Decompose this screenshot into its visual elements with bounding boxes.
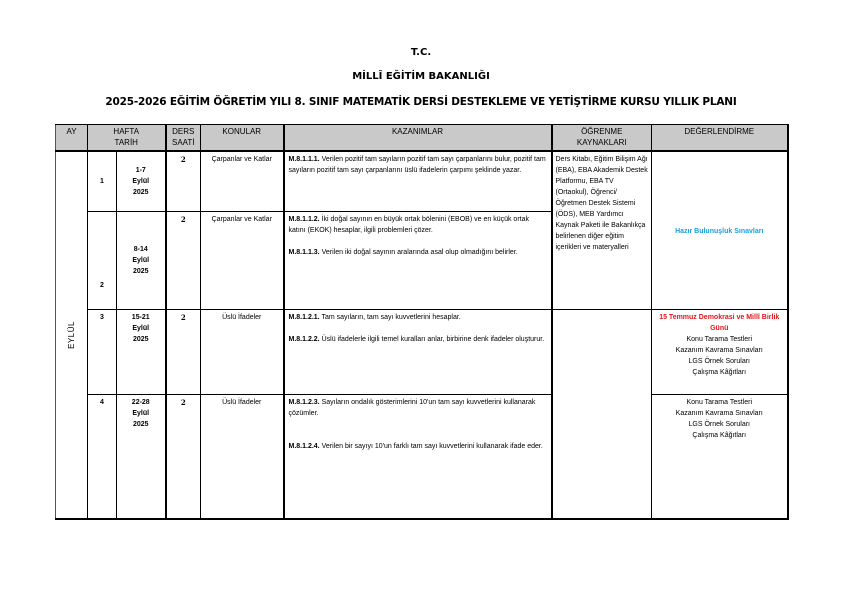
evaluation-item: Çalışma Kâğıtları <box>652 367 787 378</box>
outcome-code: M.8.1.2.1. <box>289 314 320 321</box>
col-header-ders-line1: DERS <box>167 126 201 137</box>
header-tc: T.C. <box>0 47 842 58</box>
topic: Üslü İfadeler <box>201 309 284 394</box>
outcome-code: M.8.1.1.1. <box>289 156 320 163</box>
date-month: Eylül <box>117 408 165 419</box>
lesson-hours: 2 <box>166 211 201 309</box>
outcome: M.8.1.1.1. Verilen pozitif tam sayıların… <box>289 154 547 176</box>
week-date: 22-28 Eylül 2025 <box>117 394 166 519</box>
lesson-hours: 2 <box>166 309 201 394</box>
evaluation-item: LGS Örnek Soruları <box>652 419 787 430</box>
outcome-text: Sayıların ondalık gösterimlerini 10'un t… <box>289 399 536 417</box>
topic: Çarpanlar ve Katlar <box>201 211 284 309</box>
date-range: 15-21 <box>117 312 165 323</box>
outcomes: M.8.1.1.2. İki doğal sayının en büyük or… <box>284 211 552 309</box>
date-month: Eylül <box>117 255 165 266</box>
outcome: M.8.1.1.3. Verilen iki doğal sayının ara… <box>289 247 547 258</box>
outcomes: M.8.1.1.1. Verilen pozitif tam sayıların… <box>284 151 552 211</box>
outcome-code: M.8.1.2.2. <box>289 336 320 343</box>
col-header-ders-line2: SAATİ <box>167 137 201 148</box>
outcomes: M.8.1.2.3. Sayıların ondalık gösterimler… <box>284 394 552 519</box>
outcome: M.8.1.1.2. İki doğal sayının en büyük or… <box>289 214 547 236</box>
topic: Üslü İfadeler <box>201 394 284 519</box>
evaluation-item: Konu Tarama Testleri <box>652 397 787 408</box>
evaluation: Konu Tarama Testleri Kazanım Kavrama Sın… <box>652 394 788 519</box>
evaluation-item: Çalışma Kâğıtları <box>652 430 787 441</box>
month-cell: EYLÜL <box>56 151 88 519</box>
col-header-degerlendirme: DEĞERLENDİRME <box>652 125 788 152</box>
outcome-code: M.8.1.1.3. <box>289 249 320 256</box>
table-row: EYLÜL 1 1-7 Eylül 2025 2 Çarpanlar ve Ka… <box>56 151 788 211</box>
evaluation: 15 Temmuz Demokrasi ve Millî Birlik Günü… <box>652 309 788 394</box>
week-date: 8-14 Eylül 2025 <box>117 211 166 309</box>
date-year: 2025 <box>117 266 165 277</box>
lesson-hours: 2 <box>166 394 201 519</box>
outcome-text: Verilen pozitif tam sayıların pozitif ta… <box>289 156 546 174</box>
learning-resources-empty <box>552 309 652 519</box>
col-header-ders-saati: DERS SAATİ <box>166 125 201 152</box>
date-range: 1-7 <box>117 165 165 176</box>
outcome-code: M.8.1.2.4. <box>289 443 320 450</box>
evaluation-item: LGS Örnek Soruları <box>652 356 787 367</box>
learning-resources: Ders Kitabı, Eğitim Bilişim Ağı (EBA), E… <box>552 151 652 309</box>
outcome: M.8.1.2.4. Verilen bir sayıyı 10'un fark… <box>289 441 547 452</box>
week-number: 3 <box>88 309 117 394</box>
outcome-text: Verilen bir sayıyı 10'un farklı tam sayı… <box>322 443 543 450</box>
readiness-exams-label: Hazır Bulunuşluk Sınavları <box>675 228 763 235</box>
col-header-ogrenme-line2: KAYNAKLARI <box>553 137 652 148</box>
special-day-label: 15 Temmuz Demokrasi ve Millî Birlik Günü <box>652 312 787 334</box>
outcomes: M.8.1.2.1. Tam sayıların, tam sayı kuvve… <box>284 309 552 394</box>
outcome-text: Verilen iki doğal sayının aralarında asa… <box>322 249 518 256</box>
col-header-ogrenme-line1: ÖĞRENME <box>553 126 652 137</box>
week-date: 15-21 Eylül 2025 <box>117 309 166 394</box>
page-title: 2025-2026 EĞİTİM ÖĞRETİM YILI 8. SINIF M… <box>0 96 842 108</box>
outcome-text: İki doğal sayının en büyük ortak bölenin… <box>289 216 529 234</box>
col-header-ay: AY <box>56 125 88 152</box>
outcome: M.8.1.2.3. Sayıların ondalık gösterimler… <box>289 397 547 419</box>
lesson-hours: 2 <box>166 151 201 211</box>
col-header-hafta-line2: TARİH <box>88 137 165 148</box>
evaluation-item: Kazanım Kavrama Sınavları <box>652 408 787 419</box>
date-year: 2025 <box>117 334 165 345</box>
table-row: 3 15-21 Eylül 2025 2 Üslü İfadeler M.8.1… <box>56 309 788 394</box>
date-range: 8-14 <box>117 244 165 255</box>
table-header-row: AY HAFTA TARİH DERS SAATİ KONULAR KAZANI… <box>56 125 788 152</box>
col-header-hafta: HAFTA TARİH <box>88 125 166 152</box>
col-header-konular: KONULAR <box>201 125 284 152</box>
week-date: 1-7 Eylül 2025 <box>117 151 166 211</box>
date-month: Eylül <box>117 323 165 334</box>
month-label: EYLÜL <box>66 321 77 349</box>
date-range: 22-28 <box>117 397 165 408</box>
table-row: 4 22-28 Eylül 2025 2 Üslü İfadeler M.8.1… <box>56 394 788 519</box>
week-number: 4 <box>88 394 117 519</box>
date-year: 2025 <box>117 187 165 198</box>
evaluation-readiness: Hazır Bulunuşluk Sınavları <box>652 151 788 309</box>
outcome-text: Üslü ifadelerle ilgili temel kuralları a… <box>322 336 545 343</box>
header-ministry: MİLLÎ EĞİTİM BAKANLIĞI <box>0 71 842 82</box>
col-header-hafta-line1: HAFTA <box>88 126 165 137</box>
outcome-code: M.8.1.2.3. <box>289 399 320 406</box>
evaluation-item: Konu Tarama Testleri <box>652 334 787 345</box>
topic: Çarpanlar ve Katlar <box>201 151 284 211</box>
outcome: M.8.1.2.1. Tam sayıların, tam sayı kuvve… <box>289 312 547 323</box>
annual-plan-table: AY HAFTA TARİH DERS SAATİ KONULAR KAZANI… <box>55 124 789 520</box>
outcome-code: M.8.1.1.2. <box>289 216 320 223</box>
col-header-kazanimlar: KAZANIMLAR <box>284 125 552 152</box>
date-year: 2025 <box>117 419 165 430</box>
date-month: Eylül <box>117 176 165 187</box>
evaluation-item: Kazanım Kavrama Sınavları <box>652 345 787 356</box>
outcome-text: Tam sayıların, tam sayı kuvvetlerini hes… <box>321 314 460 321</box>
week-number: 2 <box>88 211 117 309</box>
outcome: M.8.1.2.2. Üslü ifadelerle ilgili temel … <box>289 334 547 345</box>
week-number: 1 <box>88 151 117 211</box>
col-header-ogrenme: ÖĞRENME KAYNAKLARI <box>552 125 652 152</box>
